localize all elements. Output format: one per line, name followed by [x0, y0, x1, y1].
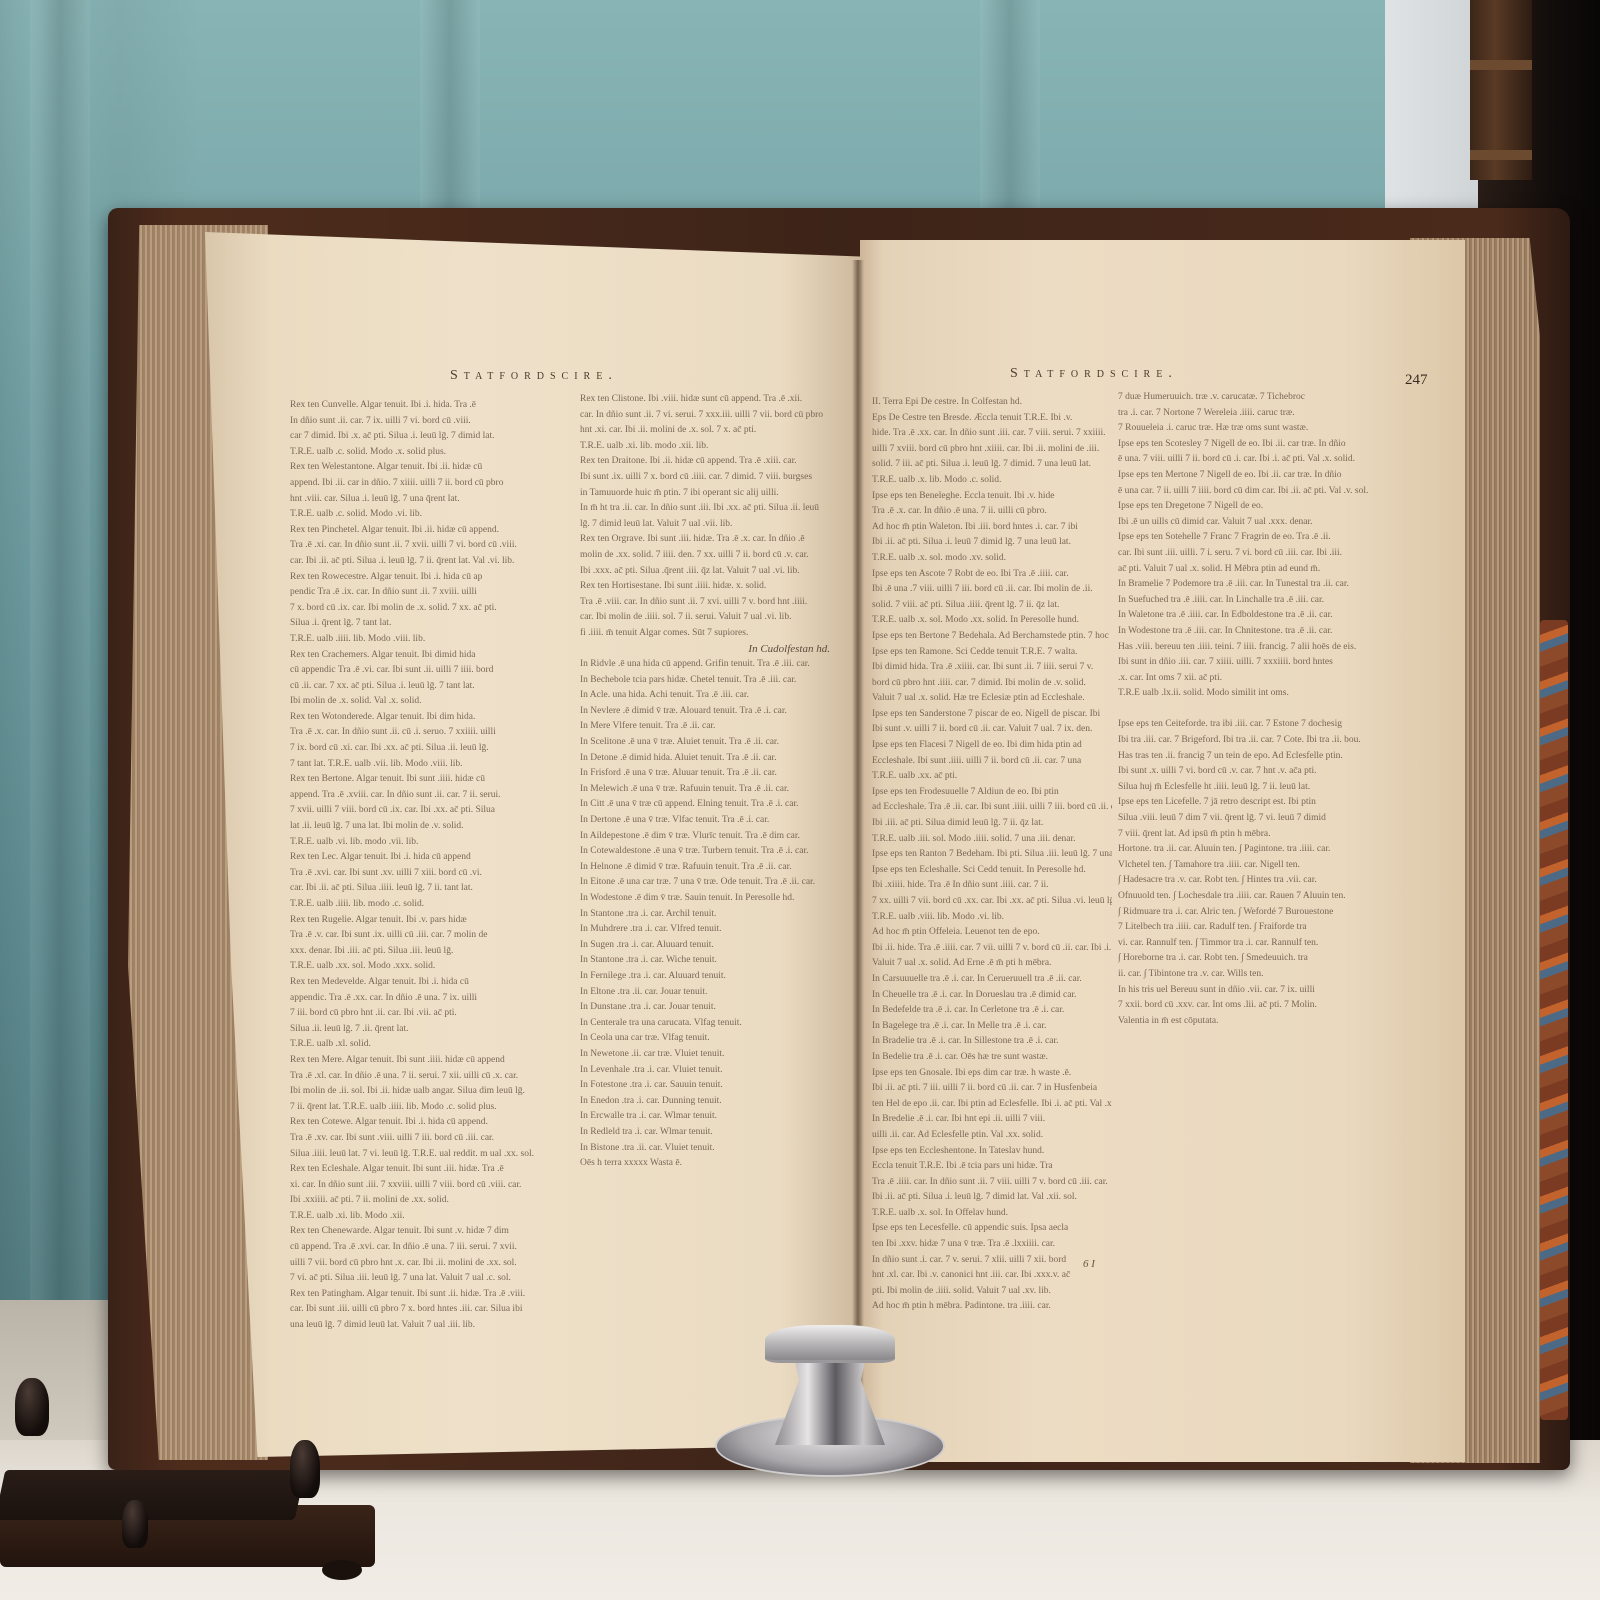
text-line: Rex ten Bertone. Algar tenuit. Ibi sunt …	[290, 772, 585, 788]
text-line: In Cheuelle tra .ē .i. car. In Dorueslau…	[872, 988, 1112, 1004]
text-line: T.R.E. ualb .x. sol. In Offelav hund.	[872, 1206, 1112, 1222]
text-line: In Eltone .tra .ii. car. Jouar tenuit.	[580, 985, 830, 1001]
text-line: Rex ten Wotonderede. Algar tenuit. Ibi d…	[290, 710, 585, 726]
text-line: In Fotestone .tra .i. car. Sauuin tenuit…	[580, 1078, 830, 1094]
text-line: Valuit 7 ual .x. solid. Hæ tre Eclesiæ p…	[872, 691, 1112, 707]
text-line: In Scelitone .ē una v̄ træ. Aluiet tenui…	[580, 735, 830, 751]
text-line: Ipse eps ten Ranton 7 Bedeham. Ibi pti. …	[872, 847, 1112, 863]
text-line: Silua huj m̄ Eclesfelle ht .iiii. leuū l…	[1118, 780, 1418, 796]
text-line: Silua .i. q̄rent lḡ. 7 tant lat.	[290, 616, 585, 632]
text-line: Silua .iiii. leuū lat. 7 vi. leuū lḡ. T.…	[290, 1147, 585, 1163]
white-panel	[1385, 0, 1480, 220]
text-line: In Levenhale .tra .i. car. Vluiet tenuit…	[580, 1063, 830, 1079]
text-line: Tra .ē .v. car. Ibi sunt .ix. uilli cū .…	[290, 928, 585, 944]
text-line: Rex ten Orgrave. Ibi sunt .iii. hidæ. Tr…	[580, 532, 830, 548]
text-line: bord cū pbro hnt .iiii. car. 7 dimid. Ib…	[872, 676, 1112, 692]
text-line: tra .i. car. 7 Nortone 7 Wereleia .iiii.…	[1118, 406, 1418, 422]
text-line: xi. car. In dñio sunt .iii. 7 xxviii. ui…	[290, 1178, 585, 1194]
text-line: Silua .ii. leuū lḡ. 7 .ii. q̄rent lat.	[290, 1022, 585, 1038]
text-line: cū append. Tra .ē .xvi. car. In dñio .ē …	[290, 1240, 585, 1256]
text-line: In dñio sunt .i. car. 7 v. serui. 7 xlii…	[872, 1253, 1112, 1269]
text-line: In Enedon .tra .i. car. Dunning tenuit.	[580, 1094, 830, 1110]
text-line: ∫ Hadesacre tra .v. car. Robt ten. ∫ Hin…	[1118, 873, 1418, 889]
text-line: car. Ibi .ii. ac̄ pti. Silua .iiii. leuū…	[290, 881, 585, 897]
text-line: hide. Tra .ē .xx. car. In dñio sunt .iii…	[872, 426, 1112, 442]
text-line: T.R.E ualb .lx.ii. solid. Modo similit i…	[1118, 686, 1418, 702]
text-line: solid. 7 iii. ac̄ pti. Silua .i. leuū lḡ…	[872, 457, 1112, 473]
text-line: Ipse eps ten Frodesuuelle 7 Aldiun de eo…	[872, 785, 1112, 801]
text-line: T.R.E. ualb .iiii. lib. modo .c. solid.	[290, 897, 585, 913]
running-head-left: Statfordscire.	[450, 368, 618, 384]
left-page: Statfordscire. Rex ten Cunvelle. Algar t…	[205, 232, 860, 1457]
text-line: In Sugen .tra .i. car. Aluuard tenuit.	[580, 938, 830, 954]
text-line: In Carsuuuelle tra .ē .i. car. In Ceruer…	[872, 972, 1112, 988]
book-gutter	[852, 260, 864, 1420]
text-line: fi .iiii. m̄ tenuit Algar comes. Sūt 7 s…	[580, 626, 830, 642]
text-line: Tra .ē .xv. car. Ibi sunt .viii. uilli 7…	[290, 1131, 585, 1147]
text-line: Ibi .xxx. ac̄ pti. Silua .q̄rent .iii. q…	[580, 564, 830, 580]
text-line: Ibi .xiiii. hide. Tra .ē In dñio sunt .i…	[872, 878, 1112, 894]
text-line: Ibi .ii. ac̄ pti. 7 iii. uilli 7 ii. bor…	[872, 1081, 1112, 1097]
text-line: hnt .viii. car. Silua .i. leuū lḡ. 7 una…	[290, 492, 585, 508]
text-line: T.R.E. ualb .xl. solid.	[290, 1037, 585, 1053]
text-line: molin de .xx. solid. 7 iiii. den. 7 xx. …	[580, 548, 830, 564]
text-line: ac̄ pti. Valuit 7 ual .x. solid. H Mēbra…	[1118, 562, 1418, 578]
text-line: Ad hoc m̄ ptin Offeleia. Leuenot ten de …	[872, 925, 1112, 941]
text-line: Ibi .ii. ac̄ pti. Silua .i. leuū lḡ. 7 d…	[872, 1190, 1112, 1206]
text-line: Valentia in m̄ est cōputata.	[1118, 1014, 1418, 1030]
text-line: In Waletone tra .ē .iiii. car. In Edbold…	[1118, 608, 1418, 624]
text-line: Ipse eps ten Mertone 7 Nigell de eo. Ibi…	[1118, 468, 1418, 484]
text-line: append. Tra .ē .xviii. car. In dñio sunt…	[290, 788, 585, 804]
page-number: 247	[1405, 372, 1428, 389]
right-page-column-2: 7 duæ Humeruuich. træ .v. carucatæ. 7 Ti…	[1118, 390, 1418, 1029]
text-line: Has tras ten .ii. francig 7 un tein de e…	[1118, 749, 1418, 765]
text-line: 7 viii. q̄rent lat. Ad ipsū m̄ ptin h mē…	[1118, 827, 1418, 843]
text-line: In Fernilege .tra .i. car. Aluuard tenui…	[580, 969, 830, 985]
text-line: T.R.E. ualb .c. solid. Modo .vi. lib.	[290, 507, 585, 523]
text-line: 7 ii. q̄rent lat. T.R.E. ualb .iiii. lib…	[290, 1100, 585, 1116]
text-line: Ipse eps ten Flacesi 7 Nigell de eo. Ibi…	[872, 738, 1112, 754]
text-line: Ibi tra .iii. car. 7 Brigeford. Ibi tra …	[1118, 733, 1418, 749]
text-line: In Mere Vlfere tenuit. Tra .ē .ii. car.	[580, 719, 830, 735]
right-page-column-1: II. Terra Epi De cestre. In Colfestan hd…	[872, 395, 1112, 1315]
text-line: Ipse eps ten Eccleshentone. In Tateslav …	[872, 1144, 1112, 1160]
text-line: ∫ Horeborne tra .i. car. Robt ten. ∫ Sme…	[1118, 951, 1418, 967]
text-line: in Tamuuorde huic m̄ ptin. 7 ibi operant…	[580, 486, 830, 502]
text-line: Rex ten Lec. Algar tenuit. Ibi .i. hida …	[290, 850, 585, 866]
text-line: In Cudolfestan hd.	[580, 642, 830, 658]
text-line: car. Ibi .ii. ac̄ pti. Silua .i. leuū lḡ…	[290, 554, 585, 570]
text-line: Tra .ē .xl. car. In dñio .ē una. 7 ii. s…	[290, 1069, 585, 1085]
text-line: In Cotewaldestone .ē una v̄ træ. Turbern…	[580, 844, 830, 860]
text-line: Ipse eps ten Gnosale. Ibi eps dim car tr…	[872, 1066, 1112, 1082]
text-line: Rex ten Medevelde. Algar tenuit. Ibi .i.…	[290, 975, 585, 991]
text-line: Rex ten Pinchetel. Algar tenuit. Ibi .ii…	[290, 523, 585, 539]
text-line: Ipse eps ten Dregetone 7 Nigell de eo.	[1118, 499, 1418, 515]
text-line: Ibi dimid hida. Tra .ē .xiiii. car. Ibi …	[872, 660, 1112, 676]
text-line: solid. 7 viii. ac̄ pti. Silua .iiii. q̄r…	[872, 598, 1112, 614]
text-line: ē una. 7 viii. uilli 7 ii. bord cū .i. c…	[1118, 452, 1418, 468]
text-line: In Eitone .ē una car træ. 7 una v̄ træ. …	[580, 875, 830, 891]
text-line: Ipse eps ten Scotesley 7 Nigell de eo. I…	[1118, 437, 1418, 453]
text-line: append. Ibi .ii. car in dñio. 7 xiiii. u…	[290, 476, 585, 492]
text-line: cū appendic Tra .ē .vi. car. Ibi sunt .i…	[290, 663, 585, 679]
text-line: Silua .viii. leuū 7 dim 7 vii. q̄rent lḡ…	[1118, 811, 1418, 827]
text-line: In Dertone .ē una v̄ træ. Vlfac tenuit. …	[580, 813, 830, 829]
text-line: In Bradelie tra .ē .i. car. In Silleston…	[872, 1034, 1112, 1050]
text-line: In Bechebole tcia pars hidæ. Chetel tenu…	[580, 673, 830, 689]
text-line: Ibi .ē una .7 viii. uilli 7 iii. bord cū…	[872, 582, 1112, 598]
text-line: Rex ten Cotewe. Algar tenuit. Ibi .i. hi…	[290, 1115, 585, 1131]
text-line: Tra .ē .x. car. In dñio sunt .ii. cū .i.…	[290, 725, 585, 741]
text-line: T.R.E. ualb .viii. lib. Modo .vi. lib.	[872, 910, 1112, 926]
text-line: Vlchetel ten. ∫ Tamahore tra .iiii. car.…	[1118, 858, 1418, 874]
text-line: Eccleshale. Ibi sunt .iiii. uilli 7 ii. …	[872, 754, 1112, 770]
text-line: uilli 7 xviii. bord cū pbro hnt .xiiii. …	[872, 442, 1112, 458]
text-line: Rex ten Draitone. Ibi .ii. hidæ cū appen…	[580, 454, 830, 470]
text-line: In Bredelie .ē .i. car. Ibi hnt epi .ii.…	[872, 1112, 1112, 1128]
text-line: T.R.E. ualb .iii. sol. Modo .iiii. solid…	[872, 832, 1112, 848]
text-line: ii. car. ∫ Tibintone tra .v. car. Wills …	[1118, 967, 1418, 983]
text-line: In Detone .ē dimid hida. Aluiet tenuit. …	[580, 751, 830, 767]
stand-foot	[322, 1560, 362, 1580]
text-line: In dñio sunt .ii. car. 7 ix. uilli 7 vi.…	[290, 414, 585, 430]
text-line: Rex ten Crachemers. Algar tenuit. Ibi di…	[290, 648, 585, 664]
text-line: In Wodestone .ē dim v̄ træ. Sauin tenuit…	[580, 891, 830, 907]
text-line: Tra .ē .xvi. car. Ibi sunt .xv. uilli 7 …	[290, 866, 585, 882]
text-line: In Frisford .ē una v̄ træ. Aluuar tenuit…	[580, 766, 830, 782]
text-line: Ipse eps ten Ceiteforde. tra ibi .iii. c…	[1118, 717, 1418, 733]
left-page-column-2: Rex ten Clistone. Ibi .viii. hidæ sunt c…	[580, 392, 830, 1172]
text-line: Rex ten Hortisestane. Ibi sunt .iiii. hi…	[580, 579, 830, 595]
text-line: car. Ibi molin de .iiii. sol. 7 ii. seru…	[580, 610, 830, 626]
text-line: T.R.E. ualb .xi. lib. Modo .xii.	[290, 1209, 585, 1225]
text-line: 7 iii. bord cū pbro hnt .ii. car. Ibi .v…	[290, 1006, 585, 1022]
text-line: lat .ii. leuū lḡ. 7 una lat. Ibi molin d…	[290, 819, 585, 835]
text-line: Ipse eps ten Lecesfelle. cū appendic sui…	[872, 1221, 1112, 1237]
text-line: Tra .ē .x. car. In dñio .ē una. 7 ii. ui…	[872, 504, 1112, 520]
text-line: Rex ten Cunvelle. Algar tenuit. Ibi .i. …	[290, 398, 585, 414]
text-line: 7 xvii. uilli 7 viii. bord cū .ix. car. …	[290, 803, 585, 819]
text-line: In m̄ ht tra .ii. car. In dñio sunt .iii…	[580, 501, 830, 517]
text-line: 7 duæ Humeruuich. træ .v. carucatæ. 7 Ti…	[1118, 390, 1418, 406]
text-line: In Dunstane .tra .i. car. Jouar tenuit.	[580, 1000, 830, 1016]
text-line: Rex ten Rowecestre. Algar tenuit. Ibi .i…	[290, 570, 585, 586]
text-line: ad Eccleshale. Tra .ē .ii. car. Ibi sunt…	[872, 800, 1112, 816]
text-line: hnt .xi. car. Ibi .ii. molini de .x. sol…	[580, 423, 830, 439]
text-line: T.R.E. ualb .x. lib. Modo .c. solid.	[872, 473, 1112, 489]
text-line: pendic Tra .ē .ix. car. In dñio sunt .ii…	[290, 585, 585, 601]
text-line: car. Ibi sunt .iii. uilli cū pbro 7 x. b…	[290, 1302, 585, 1318]
text-line: T.R.E. ualb .iiii. lib. Modo .viii. lib.	[290, 632, 585, 648]
text-line: xxx. denar. Ibi .iii. ac̄ pti. Silua .ii…	[290, 944, 585, 960]
text-line: pti. Ibi molin de .iiii. solid. Valuit 7…	[872, 1284, 1112, 1300]
text-line: T.R.E. ualb .vi. lib. modo .vii. lib.	[290, 835, 585, 851]
text-line: Rex ten Patingham. Algar tenuit. Ibi sun…	[290, 1287, 585, 1303]
text-line: Ipse eps ten Beneleghe. Eccla tenuit. Ib…	[872, 489, 1112, 505]
stand-knob	[122, 1500, 148, 1548]
text-line: In Muhdrere .tra .i. car. Vlfred tenuit.	[580, 922, 830, 938]
text-line: Ipse eps ten Sotehelle 7 Franc 7 Fragrin…	[1118, 530, 1418, 546]
text-line: Ibi .ē un uills cū dimid car. Valuit 7 u…	[1118, 515, 1418, 531]
text-line: ∫ Ridmuare tra .i. car. Alric ten. ∫ Wef…	[1118, 905, 1418, 921]
text-line: T.R.E. ualb .c. solid. Modo .x. solid pl…	[290, 445, 585, 461]
text-line: Rex ten Ecleshale. Algar tenuit. Ibi sun…	[290, 1162, 585, 1178]
text-line: In Ceola una car træ. Vlfag tenuit.	[580, 1031, 830, 1047]
text-line: II. Terra Epi De cestre. In Colfestan hd…	[872, 395, 1112, 411]
text-line: vi. car. Rannulf ten. ∫ Timmor tra .i. c…	[1118, 936, 1418, 952]
text-line: hnt .xl. car. Ibi .v. canonici hnt .iii.…	[872, 1268, 1112, 1284]
text-line: 7 xxii. bord cū .xxv. car. Int oms .lii.…	[1118, 998, 1418, 1014]
text-line: Ofnuuold ten. ∫ Lochesdale tra .iiii. ca…	[1118, 889, 1418, 905]
text-line: In Suefuched tra .ē .iiii. car. In Linch…	[1118, 593, 1418, 609]
text-line: Eps De Cestre ten Bresde. Æccla tenuit T…	[872, 411, 1112, 427]
stand-knob	[290, 1440, 320, 1498]
running-head-right: Statfordscire.	[1010, 366, 1178, 382]
text-line: Ibi .xxiiii. ac̄ pti. 7 ii. molini de .x…	[290, 1193, 585, 1209]
text-line: Tra .ē .xi. car. In dñio sunt .ii. 7 xvi…	[290, 538, 585, 554]
text-line: Ipse eps ten Ramone. Sci Cedde tenuit T.…	[872, 645, 1112, 661]
text-line: 7 tant lat. T.R.E. ualb .vii. lib. Modo …	[290, 757, 585, 773]
text-line: .x. car. Int oms 7 xii. ac̄ pti.	[1118, 671, 1418, 687]
text-line: Ibi molin de .ii. sol. Ibi .ii. hidæ ual…	[290, 1084, 585, 1100]
inkwell-lid	[765, 1325, 895, 1363]
text-line: In Bistone .tra .ii. car. Vluiet tenuit.	[580, 1141, 830, 1157]
text-line: Tra .ē .iiii. car. In dñio sunt .ii. 7 v…	[872, 1175, 1112, 1191]
text-line: Ibi .iii. ac̄ pti. Silua dimid leuū lḡ. …	[872, 816, 1112, 832]
text-line: 7 Rouueleia .i. caruc træ. Hæ træ oms su…	[1118, 421, 1418, 437]
text-line: In Nevlere .ē dimid v̄ træ. Alouard tenu…	[580, 704, 830, 720]
text-line: In Ridvle .ē una hida cū append. Grifin …	[580, 657, 830, 673]
text-line: T.R.E. ualb .xx. ac̄ pti.	[872, 769, 1112, 785]
background-book-spine	[1470, 0, 1532, 180]
left-page-column-1: Rex ten Cunvelle. Algar tenuit. Ibi .i. …	[290, 398, 585, 1334]
text-line: 7 ix. bord cū .xi. car. Ibi .xx. ac̄ pti…	[290, 741, 585, 757]
text-line: 7 vi. ac̄ pti. Silua .iii. leuū lḡ. 7 un…	[290, 1271, 585, 1287]
text-line	[1118, 702, 1418, 718]
text-line: Rex ten Welestantone. Algar tenuit. Ibi …	[290, 460, 585, 476]
text-line: ē una car. 7 ii. uilli 7 iiii. bord cū d…	[1118, 484, 1418, 500]
text-line: car. In dñio sunt .ii. 7 vi. serui. 7 xx…	[580, 408, 830, 424]
text-line: Ipse eps ten Sanderstone 7 piscar de eo.…	[872, 707, 1112, 723]
text-line: Ibi .ii. ac̄ pti. Silua .i. leuū 7 dimid…	[872, 535, 1112, 551]
text-line: In Melewich .ē una v̄ træ. Rafuuin tenui…	[580, 782, 830, 798]
text-line: In Helnone .ē dimid v̄ træ. Rafuuin tenu…	[580, 860, 830, 876]
text-line: Valuit 7 ual .x. solid. Ad Erne .ē m̄ pt…	[872, 956, 1112, 972]
text-line: Ibi sunt .x. uilli 7 vi. bord cū .v. car…	[1118, 764, 1418, 780]
text-line: Ipse eps ten Ascote 7 Robt de eo. Ibi Tr…	[872, 567, 1112, 583]
text-line: In Bedefelde tra .ē .i. car. In Cerleton…	[872, 1003, 1112, 1019]
text-line: Ibi molin de .x. solid. Val .x. solid.	[290, 694, 585, 710]
text-line: In Ercwalle tra .i. car. Wlmar tenuit.	[580, 1109, 830, 1125]
text-line: una leuū lḡ. 7 dimid leuū lat. Valuit 7 …	[290, 1318, 585, 1334]
wooden-stand-ledge	[0, 1470, 305, 1520]
text-line: In Redleld tra .i. car. Wlmar tenuit.	[580, 1125, 830, 1141]
text-line: Tra .ē .viii. car. In dñio sunt .ii. 7 x…	[580, 595, 830, 611]
stand-knob	[15, 1378, 49, 1436]
text-line: Ibi .ii. hide. Tra .ē .iiii. car. 7 vii.…	[872, 941, 1112, 957]
text-line: Rex ten Clistone. Ibi .viii. hidæ sunt c…	[580, 392, 830, 408]
text-line: In Acle. una hida. Achi tenuit. Tra .ē .…	[580, 688, 830, 704]
text-line: T.R.E. ualb .xx. sol. Modo .xxx. solid.	[290, 959, 585, 975]
text-line: In Bramelie 7 Podemore tra .ē .iii. car.…	[1118, 577, 1418, 593]
text-line: T.R.E. ualb .x. sol. modo .xv. solid.	[872, 551, 1112, 567]
text-line: In Wodestone tra .ē .iii. car. In Chnite…	[1118, 624, 1418, 640]
text-line: Rex ten Chenewarde. Algar tenuit. Ibi su…	[290, 1224, 585, 1240]
silver-inkwell	[715, 1300, 965, 1480]
text-line: T.R.E. ualb .xi. lib. modo .xii. lib.	[580, 439, 830, 455]
text-line: Has .viii. bereuu ten .iiii. teini. 7 ii…	[1118, 640, 1418, 656]
text-line: In Aildepestone .ē dim v̄ træ. Vlurīc te…	[580, 829, 830, 845]
text-line: Oēs h terra xxxxx Wasta ē.	[580, 1156, 830, 1172]
text-line: car 7 dimid. Ibi .x. ac̄ pti. Silua .i. …	[290, 429, 585, 445]
text-line: In Newetone .ii. car træ. Vluiet tenuit.	[580, 1047, 830, 1063]
text-line: 7 x. bord cū .ix. car. Ibi molin de .x. …	[290, 601, 585, 617]
text-line: In Centerale tra una carucata. Vlfag ten…	[580, 1016, 830, 1032]
text-line: In Stantone .tra .i. car. Wiche tenuit.	[580, 953, 830, 969]
text-line: Ibi sunt .v. uilli 7 ii. bord cū .ii. ca…	[872, 722, 1112, 738]
text-line: Rex ten Rugelie. Algar tenuit. Ibi .v. p…	[290, 913, 585, 929]
text-line: Hortone. tra .ii. car. Aluuin ten. ∫ Pag…	[1118, 842, 1418, 858]
text-line: Ibi sunt in dñio .iii. car. 7 xiiii. uil…	[1118, 655, 1418, 671]
text-line: In Bedelie tra .ē .i. car. Oēs hæ tre su…	[872, 1050, 1112, 1066]
text-line: car. Ibi sunt .iii. uilli. 7 i. seru. 7 …	[1118, 546, 1418, 562]
signature-mark: 6 I	[1083, 1258, 1095, 1270]
text-line: Ad hoc m̄ ptin Waleton. Ibi .iii. bord h…	[872, 520, 1112, 536]
text-line: Ipse eps ten Ecleshalle. Sci Cedd tenuit…	[872, 863, 1112, 879]
text-line: lḡ. 7 dimid leuū lat. Valuit 7 ual .vii.…	[580, 517, 830, 533]
text-line: In Stantone .tra .i. car. Archil tenuit.	[580, 907, 830, 923]
text-line: ten Hel de epo .ii. car. Ibi ptin ad Ecl…	[872, 1097, 1112, 1113]
text-line: Ibi sunt .ix. uilli 7 x. bord cū .iiii. …	[580, 470, 830, 486]
text-line: 7 Litelbech tra .iiii. car. Radulf ten. …	[1118, 920, 1418, 936]
text-line: Eccla tenuit T.R.E. Ibi .ē tcia pars uni…	[872, 1159, 1112, 1175]
text-line: appendic. Tra .ē .xx. car. In dñio .ē un…	[290, 991, 585, 1007]
right-page: Statfordscire. 247 II. Terra Epi De cest…	[860, 240, 1465, 1462]
text-line: uilli .ii. car. Ad Eclesfelle ptin. Val …	[872, 1128, 1112, 1144]
text-line: Rex ten Mere. Algar tenuit. Ibi sunt .ii…	[290, 1053, 585, 1069]
curtain-fold	[30, 0, 90, 1400]
text-line: uilli 7 vii. bord cū pbro hnt .x. car. I…	[290, 1256, 585, 1272]
text-line: ten Ibi .xxv. hidæ 7 una v̄ træ. Tra .ē …	[872, 1237, 1112, 1253]
text-line: In his tris uel Bereuu sunt in dñio .vii…	[1118, 983, 1418, 999]
text-line: cū .ii. car. 7 xx. ac̄ pti. Silua .i. le…	[290, 679, 585, 695]
text-line: T.R.E. ualb .x. sol. Modo .xx. solid. In…	[872, 613, 1112, 629]
text-line: In Citt .ē una v̄ træ cū append. Elning …	[580, 797, 830, 813]
text-line: In Bagelege tra .ē .i. car. In Melle tra…	[872, 1019, 1112, 1035]
text-line: Ipse eps ten Bertone 7 Bedehala. Ad Berc…	[872, 629, 1112, 645]
text-line: Ipse eps ten Licefelle. 7 jā retro descr…	[1118, 795, 1418, 811]
marbled-cover-edge	[1540, 620, 1568, 1420]
text-line: 7 xx. uilli 7 vii. bord cū .xx. car. Ibi…	[872, 894, 1112, 910]
